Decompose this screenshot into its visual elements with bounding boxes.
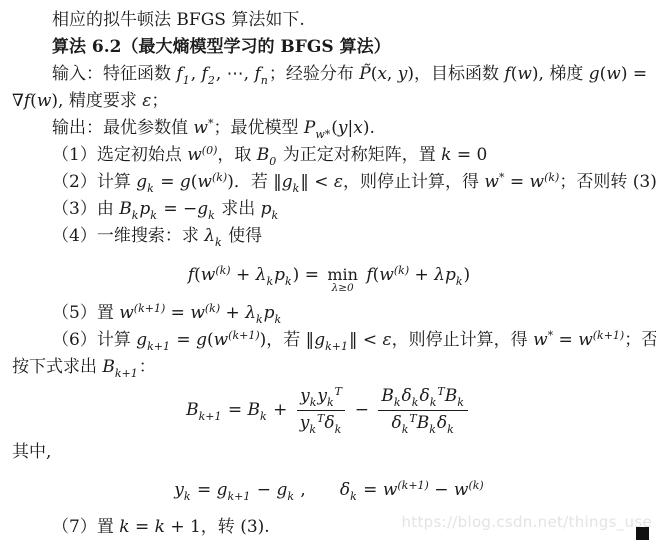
step-3: （3）由 Bkpk = −gk 求出 pk — [8, 196, 650, 223]
text-run: = — [171, 330, 196, 350]
text-run: = − — [158, 199, 197, 219]
math-variable: w — [187, 145, 202, 165]
text-run: = — [222, 400, 247, 420]
text-run: ), 精度要求 — [51, 91, 142, 111]
text-run: ；否则， — [624, 330, 656, 350]
superscript: (k+1) — [134, 302, 165, 315]
text-run: ‖ < — [349, 330, 383, 350]
subscript: k — [215, 236, 222, 249]
text-run: , — [191, 64, 202, 84]
subscript: k — [266, 275, 273, 288]
text-run: = — [165, 303, 190, 323]
min-operator-label: min — [327, 266, 358, 283]
math-variable: g — [180, 172, 191, 192]
subscript: k — [429, 423, 436, 436]
document-page: 相应的拟牛顿法 BFGS 算法如下.算法 6.2（最大熵模型学习的 BFGS 算… — [0, 0, 656, 545]
math-variable: p — [261, 199, 272, 219]
text-run: − — [349, 400, 374, 420]
subscript: k — [457, 396, 464, 409]
step-6: （6）计算 gk+1 = g(w(k+1))，若 ‖gk+1‖ < ε，则停止计… — [8, 327, 650, 354]
math-variable: w — [197, 172, 212, 192]
text-run: , — [295, 480, 306, 500]
text-run: ( — [194, 265, 201, 285]
math-variable: y — [300, 413, 310, 433]
text-run: = — [130, 517, 155, 537]
subscript: k — [260, 410, 267, 423]
text-run: = 0 — [451, 145, 487, 165]
watermark: https://blog.csdn.net/things_use — [401, 513, 652, 531]
text-run: + 1，转 (3). — [165, 517, 270, 537]
text-run: 为正定对称矩阵，置 — [277, 145, 441, 165]
text-run: 输出：最优参数值 — [52, 118, 193, 138]
superscript: T — [437, 385, 444, 398]
text-run: ). — [363, 118, 375, 138]
subscript: k — [456, 275, 463, 288]
math-variable: g — [217, 480, 228, 500]
math-variable: B — [102, 357, 115, 377]
text-run: , ⋯, — [216, 64, 255, 84]
math-variable: p — [274, 265, 285, 285]
superscript: (k) — [215, 264, 230, 277]
subscript: k — [327, 396, 334, 409]
superscript: T — [409, 412, 416, 425]
math-variable: λ — [204, 226, 215, 246]
superscript: T — [317, 412, 324, 425]
subscript: 2 — [208, 74, 215, 87]
superscript: (k+1) — [593, 329, 624, 342]
math-variable: w — [484, 172, 499, 192]
subscript: k — [184, 490, 191, 503]
math-variable: g — [136, 172, 147, 192]
superscript: (k+1) — [228, 329, 259, 342]
text-run: ) = — [621, 64, 647, 84]
math-variable: ε — [142, 91, 151, 111]
math-variable: w — [606, 64, 621, 84]
math-fraction: BkδkδkTBkδkTBkδk — [378, 384, 468, 437]
input-line-continued: ∇f(w), 精度要求 ε； — [8, 88, 650, 115]
math-variable: B — [381, 386, 394, 406]
where-line: 其中, — [8, 439, 650, 466]
text-run: − — [251, 480, 276, 500]
min-operator: minλ≥0 — [327, 266, 358, 294]
math-variable: p — [139, 199, 150, 219]
math-variable: x — [353, 118, 363, 138]
math-variable: y — [317, 386, 327, 406]
text-run: )，目标函数 — [407, 64, 504, 84]
math-variable: δ — [402, 386, 412, 406]
math-variable: w — [517, 64, 532, 84]
text-run: 相应的拟牛顿法 BFGS 算法如下. — [52, 10, 305, 30]
document-body: 相应的拟牛顿法 BFGS 算法如下.算法 6.2（最大熵模型学习的 BFGS 算… — [0, 0, 656, 541]
subscript: k — [150, 209, 157, 222]
step-1: （1）选定初始点 w(0)，取 B0 为正定对称矩阵，置 k = 0 — [8, 142, 650, 169]
text-run: = — [155, 172, 180, 192]
subscript: k — [350, 490, 357, 503]
text-run: , — [387, 64, 398, 84]
math-variable: y — [338, 118, 348, 138]
text-run: = — [504, 172, 529, 192]
subscript: k — [309, 423, 316, 436]
math-variable: p — [445, 265, 456, 285]
math-variable: k — [155, 517, 165, 537]
text-run: （3）由 — [52, 199, 119, 219]
math-variable: x — [377, 64, 387, 84]
text-run: ；经验分布 — [269, 64, 359, 84]
fraction-numerator: BkδkδkTBk — [378, 384, 468, 411]
math-variable: g — [314, 330, 325, 350]
subscript: 1 — [183, 74, 190, 87]
math-variable: y — [174, 480, 184, 500]
subscript: n — [261, 74, 268, 87]
math-variable: δ — [437, 413, 447, 433]
subscript: k — [272, 209, 279, 222]
text-run: （4）一维搜索：求 — [52, 226, 204, 246]
text-run: ，则停止计算，得 — [392, 330, 533, 350]
text-run: 输入：特征函数 — [52, 64, 176, 84]
superscript: * — [208, 117, 214, 130]
math-variable: w — [533, 330, 548, 350]
subscript: k — [310, 396, 317, 409]
end-marker-icon — [636, 527, 649, 540]
math-variable: k — [119, 517, 129, 537]
subscript: k — [208, 209, 215, 222]
math-variable: w — [578, 330, 593, 350]
math-variable: B — [119, 199, 132, 219]
text-run: + — [220, 303, 245, 323]
text-run: )．若 ‖ — [227, 172, 282, 192]
subscript: k — [412, 396, 419, 409]
subscript: k — [287, 490, 294, 503]
superscript: (0) — [202, 144, 218, 157]
math-variable: w — [214, 330, 229, 350]
math-variable: k — [441, 145, 451, 165]
math-variable: g — [589, 64, 600, 84]
math-variable: B — [417, 413, 430, 433]
text-run: )，若 ‖ — [260, 330, 315, 350]
superscript: (k) — [468, 479, 483, 492]
subscript: k+1 — [325, 340, 348, 353]
subscript: k+1 — [147, 340, 170, 353]
text-run: ∇ — [12, 91, 24, 111]
subscript: k — [256, 313, 263, 326]
text-run: ‖ < — [300, 172, 334, 192]
math-variable: p — [264, 303, 275, 323]
algorithm-heading: 算法 6.2（最大熵模型学习的 BFGS 算法） — [8, 34, 650, 61]
math-variable: w — [37, 91, 52, 111]
superscript: * — [499, 171, 505, 184]
intro-line: 相应的拟牛顿法 BFGS 算法如下. — [8, 7, 650, 34]
subscript: w* — [315, 128, 330, 141]
step-6-continued: 按下式求出 Bk+1： — [8, 354, 650, 381]
text-run: = — [192, 480, 217, 500]
math-variable: y — [300, 386, 310, 406]
text-run: = — [358, 480, 383, 500]
text-run: 算法 6.2（最大熵模型学习的 BFGS 算法） — [52, 37, 391, 57]
step-2: （2）计算 gk = g(w(k))．若 ‖gk‖ < ε，则停止计算，得 w*… — [8, 169, 650, 196]
math-variable: w — [530, 172, 545, 192]
math-variable: λ — [256, 265, 267, 285]
superscript: (k) — [205, 302, 220, 315]
input-line: 输入：特征函数 f1, f2, ⋯, fn；经验分布 P̃(x, y)，目标函数… — [8, 61, 650, 88]
text-run: ( — [207, 330, 214, 350]
math-variable: w — [119, 303, 134, 323]
math-variable: λ — [434, 265, 445, 285]
text-run: ) — [464, 265, 471, 285]
text-run: ，取 — [217, 145, 256, 165]
subscript: k — [132, 209, 139, 222]
subscript: k+1 — [228, 490, 251, 503]
math-variable: f — [202, 64, 208, 84]
text-run: 求出 — [216, 199, 261, 219]
text-run: ，则停止计算，得 — [343, 172, 484, 192]
math-variable: f — [176, 64, 182, 84]
subscript: k — [275, 313, 282, 326]
math-variable: g — [197, 199, 208, 219]
text-run: 其中, — [12, 442, 51, 462]
math-variable: δ — [340, 480, 350, 500]
text-run: ( — [30, 91, 37, 111]
subscript: k — [447, 423, 454, 436]
math-variable: w — [201, 265, 216, 285]
math-variable: w — [454, 480, 469, 500]
subscript: k — [293, 182, 300, 195]
text-run: ；否则转 (3) — [559, 172, 656, 192]
math-variable: y — [398, 64, 408, 84]
math-variable: B — [257, 145, 270, 165]
text-run: ) = — [293, 265, 325, 285]
text-run: （2）计算 — [52, 172, 136, 192]
min-operator-condition: λ≥0 — [332, 283, 354, 294]
math-variable: ε — [334, 172, 343, 192]
formula-bfgs-update: Bk+1 = Bk + ykykTykTδk − BkδkδkTBkδkTBkδ… — [8, 381, 650, 439]
text-run: ( — [331, 118, 338, 138]
text-run: （7）置 — [52, 517, 119, 537]
text-run: ： — [139, 357, 156, 377]
superscript: T — [335, 385, 342, 398]
math-variable: B — [445, 386, 458, 406]
subscript: k — [402, 423, 409, 436]
subscript: 0 — [269, 155, 276, 168]
subscript: k+1 — [115, 367, 138, 380]
math-variable: δ — [391, 413, 401, 433]
fraction-numerator: ykykT — [297, 384, 346, 411]
superscript: (k) — [394, 264, 409, 277]
step-5: （5）置 w(k+1) = w(k) + λkpk — [8, 300, 650, 327]
text-run: ；最优模型 — [213, 118, 303, 138]
text-run: = — [553, 330, 578, 350]
text-run: + — [409, 265, 434, 285]
math-variable: w — [379, 265, 394, 285]
subscript: k — [430, 396, 437, 409]
text-run: − — [429, 480, 454, 500]
math-variable: g — [282, 172, 293, 192]
subscript: k+1 — [199, 410, 222, 423]
superscript: (k+1) — [397, 479, 428, 492]
math-variable: g — [276, 480, 287, 500]
math-variable: B — [186, 400, 199, 420]
step-4: （4）一维搜索：求 λk 使得 — [8, 223, 650, 250]
math-variable: w — [193, 118, 208, 138]
fraction-denominator: ykTδk — [297, 411, 346, 437]
math-variable: δ — [419, 386, 429, 406]
math-variable: ε — [383, 330, 392, 350]
math-variable: δ — [324, 413, 334, 433]
text-run: （5）置 — [52, 303, 119, 323]
text-run: （6）计算 — [52, 330, 136, 350]
superscript: (k) — [544, 171, 559, 184]
superscript: (k) — [212, 171, 227, 184]
subscript: k — [147, 182, 154, 195]
subscript: k — [394, 396, 401, 409]
math-variable: g — [136, 330, 147, 350]
formula-yk-deltak: yk = gk+1 − gk ,δk = w(k+1) − w(k) — [8, 466, 650, 514]
superscript: * — [548, 329, 554, 342]
text-run: ； — [151, 91, 168, 111]
text-run: + — [268, 400, 293, 420]
text-run: （1）选定初始点 — [52, 145, 187, 165]
text-run: 使得 — [223, 226, 262, 246]
math-variable: P̃ — [359, 64, 370, 84]
fraction-denominator: δkTBkδk — [378, 411, 468, 437]
math-variable: P — [304, 118, 315, 138]
subscript: k — [335, 423, 342, 436]
subscript: k — [285, 275, 292, 288]
math-variable: f — [254, 64, 260, 84]
math-variable: λ — [245, 303, 256, 323]
formula-line-search: f(w(k) + λkpk) = minλ≥0 f(w(k) + λpk) — [8, 250, 650, 300]
math-fraction: ykykTykTδk — [297, 384, 346, 437]
math-variable: w — [383, 480, 398, 500]
text-run: ), 梯度 — [532, 64, 589, 84]
math-variable: g — [196, 330, 207, 350]
output-line: 输出：最优参数值 w*；最优模型 Pw*(y|x). — [8, 115, 650, 142]
math-variable: w — [190, 303, 205, 323]
text-run: + — [231, 265, 256, 285]
text-run: 按下式求出 — [12, 357, 102, 377]
math-variable: B — [248, 400, 261, 420]
